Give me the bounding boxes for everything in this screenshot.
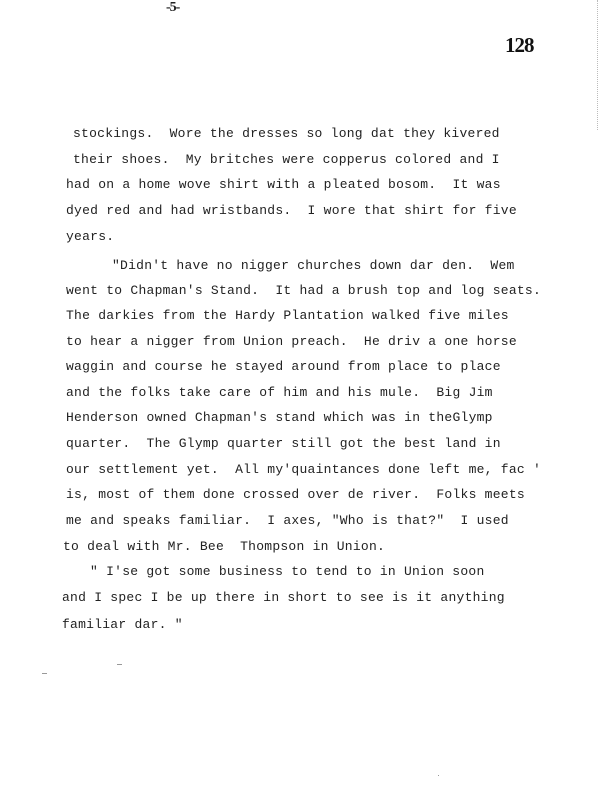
text-line: waggin and course he stayed around from … [66,359,501,375]
text-line: " I'se got some business to tend to in U… [90,564,485,580]
document-page: -5- 128 stockings. Wore the dresses so l… [0,0,600,796]
text-line: The darkies from the Hardy Plantation wa… [66,308,509,324]
text-line: stockings. Wore the dresses so long dat … [73,126,500,142]
text-line: quarter. The Glymp quarter still got the… [66,436,501,452]
page-marker: -5- [166,0,179,16]
text-line: and the folks take care of him and his m… [66,385,493,401]
text-line: dyed red and had wristbands. I wore that… [66,203,517,219]
text-line: to deal with Mr. Bee Thompson in Union. [63,539,385,555]
text-line: had on a home wove shirt with a pleated … [66,177,501,193]
text-line: is, most of them done crossed over de ri… [66,487,525,503]
text-line: went to Chapman's Stand. It had a brush … [66,283,541,299]
text-line: Henderson owned Chapman's stand which wa… [66,410,493,426]
scan-edge-divider [596,0,598,130]
text-line: their shoes. My britches were copperus c… [73,152,500,168]
text-line: our settlement yet. All my'quaintances d… [66,462,541,478]
text-line: "Didn't have no nigger churches down dar… [112,258,515,274]
text-line: familiar dar. " [62,617,183,633]
text-line: to hear a nigger from Union preach. He d… [66,334,517,350]
scan-speck [42,673,47,674]
text-line: years. [66,229,114,245]
folio-number: 128 [505,33,534,58]
scan-speck [438,775,439,776]
text-line: and I spec I be up there in short to see… [62,590,505,606]
scan-speck [117,664,122,665]
text-line: me and speaks familiar. I axes, "Who is … [66,513,509,529]
